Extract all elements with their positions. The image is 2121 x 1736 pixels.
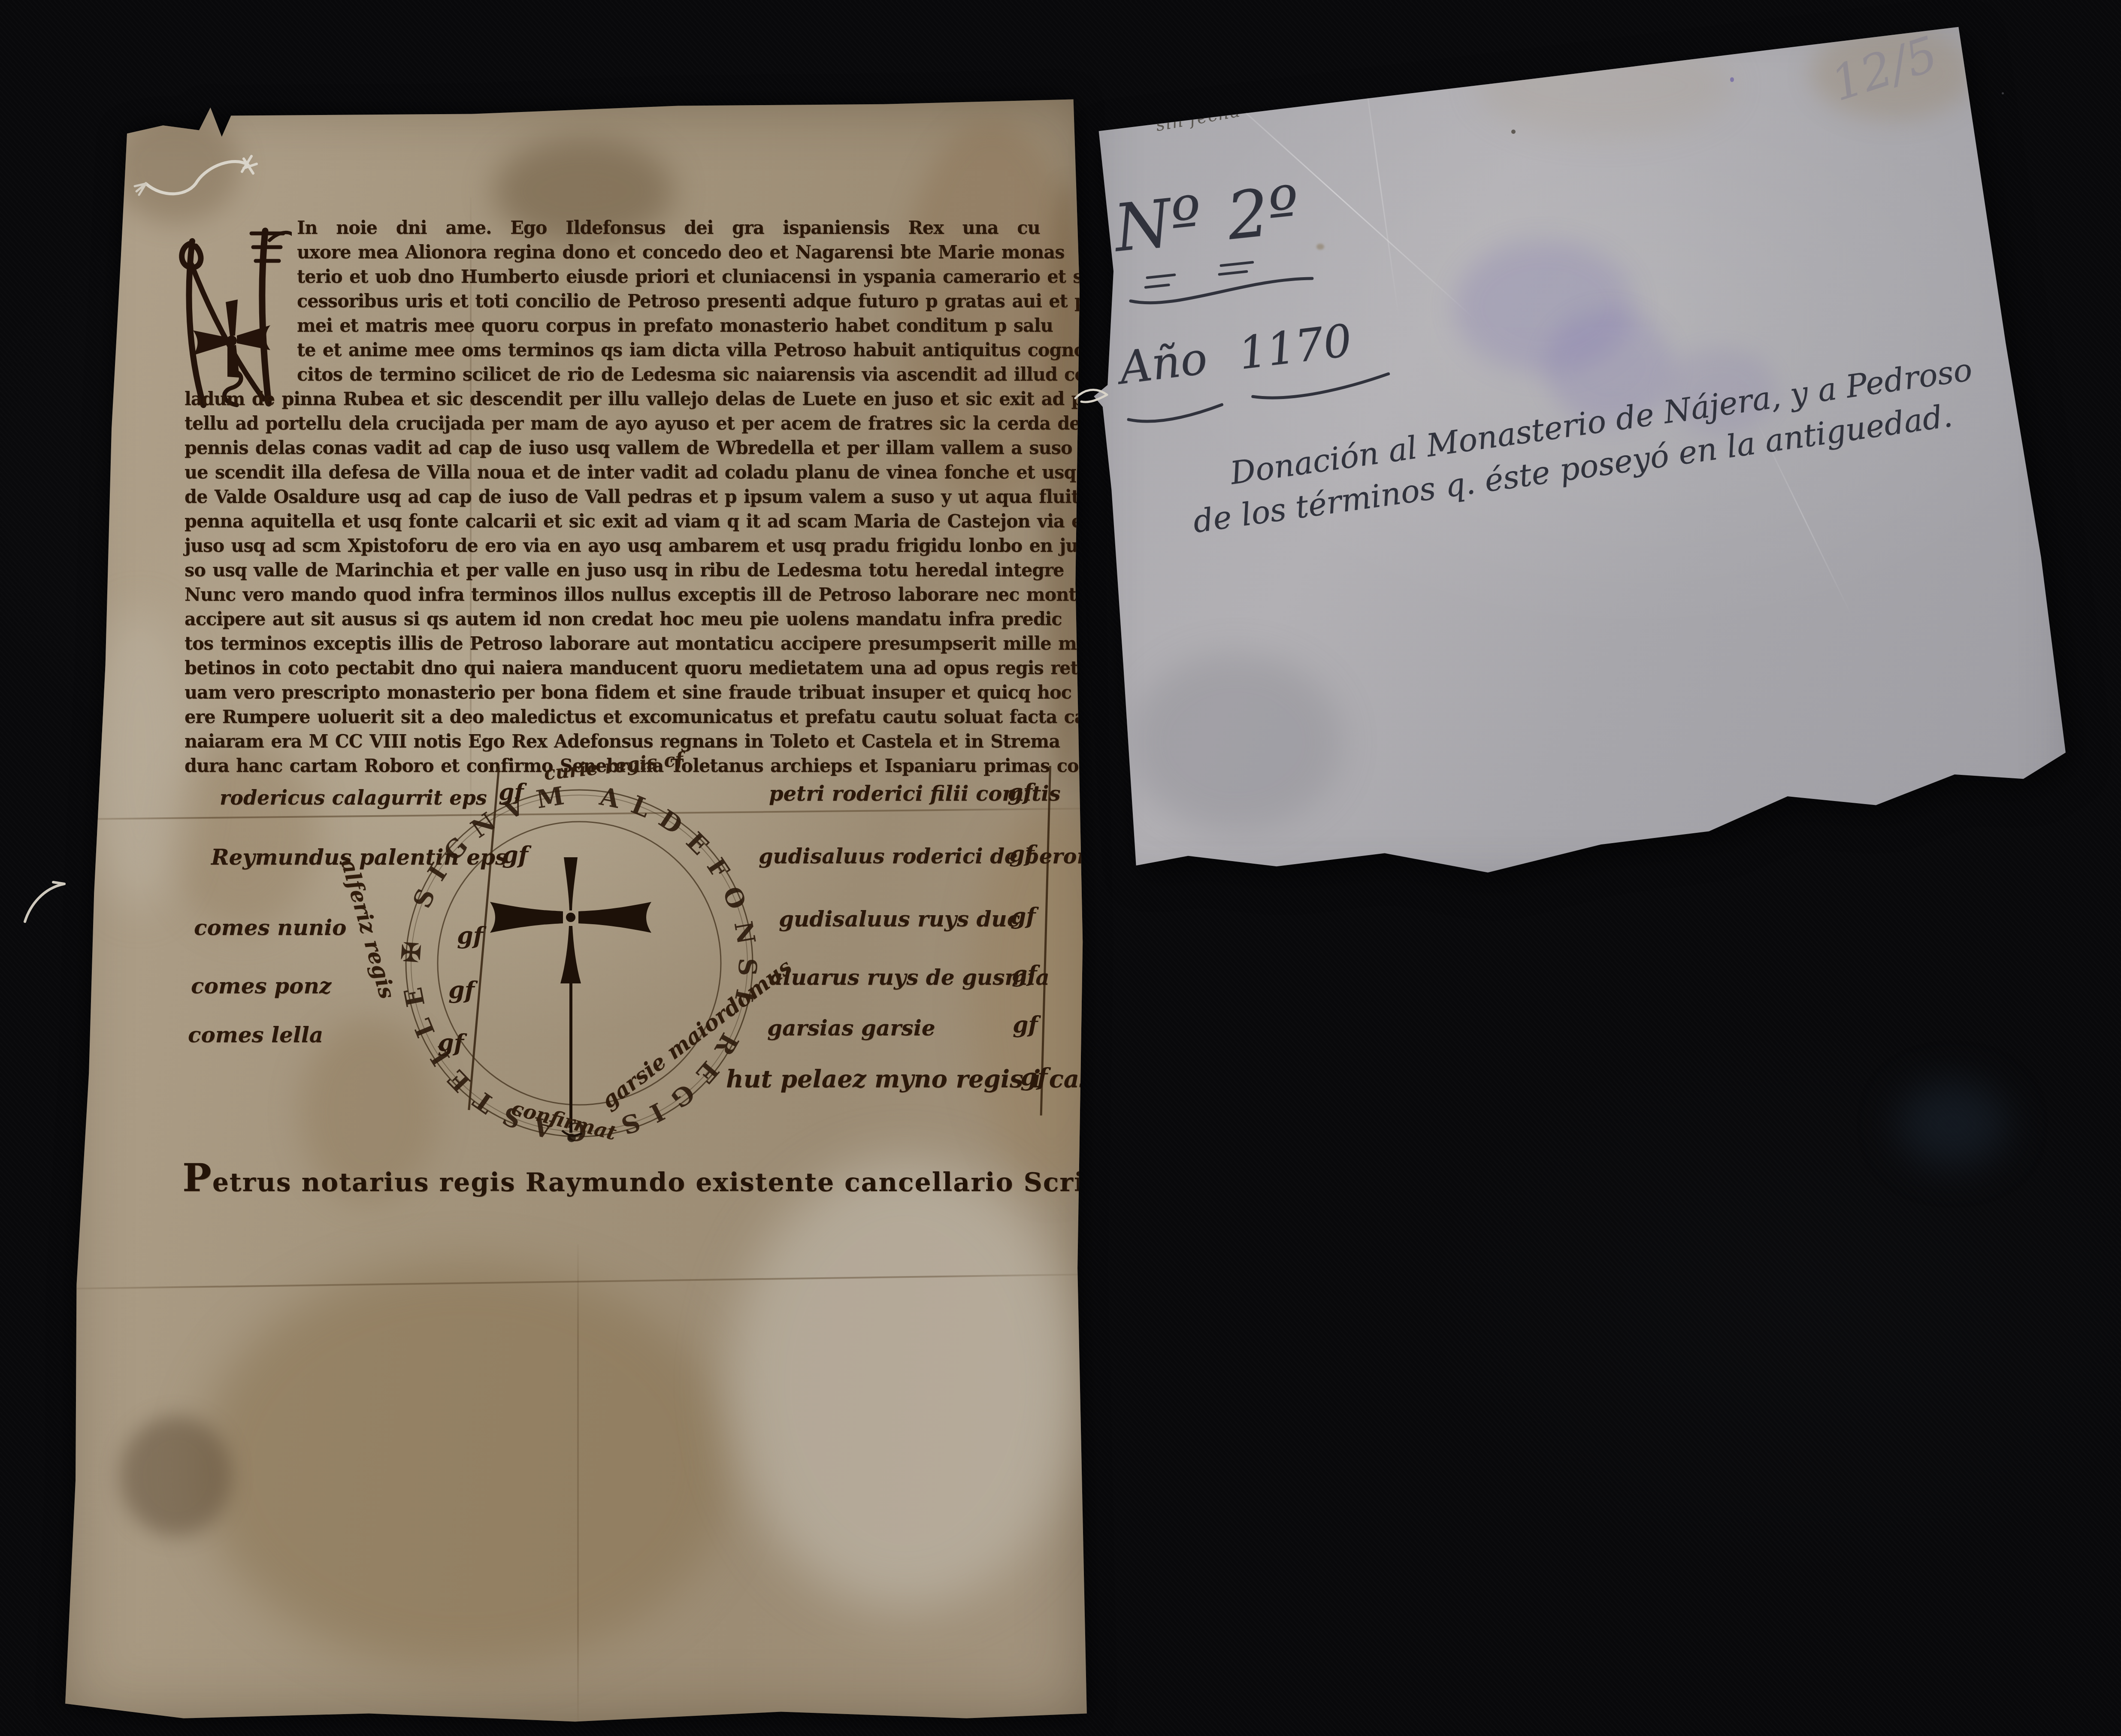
year-label: Año <box>1116 332 1210 394</box>
underline-flourish-icon <box>1122 253 1327 321</box>
charter-text-line: so usq valle de Marinchia et per valle e… <box>185 558 1038 582</box>
charter-text-line: terio et uob dno Humberto eiusde priori … <box>297 264 1040 289</box>
charter-text-line: accipere aut sit ausus si qs autem id no… <box>185 607 1038 631</box>
charter-text-line: juso usq ad scm Xpistoforu de ero via en… <box>185 533 1038 558</box>
witness-name: comes nunio <box>194 915 346 940</box>
witness-name: gudisaluus roderici de berona <box>759 844 1105 868</box>
witness-name: gudisaluus ruys duc <box>779 906 1020 932</box>
rota-royal-sign: ✠ SIGNVM ALDEFONSI REGIS CASTELLE <box>399 789 768 1158</box>
charter-text-line: ladum de pinna Rubea et sic descendit pe… <box>185 387 1038 411</box>
charter-text-line: tos terminos exceptis illis de Petroso l… <box>185 631 1038 656</box>
paper-discoloration <box>1129 652 1343 832</box>
charter-text-line: citos de termino scilicet de rio de Lede… <box>297 362 1040 387</box>
confirmation-sign: gf <box>1009 841 1035 867</box>
charter-text-line: ue scendit illa defesa de Villa noua et … <box>185 460 1038 484</box>
charter-text-line: cessoribus uris et toti concilio de Petr… <box>297 289 1040 313</box>
charter-text-line: naiaram era M CC VIII notis Ego Rex Adef… <box>185 729 1038 753</box>
thread-scrap <box>1072 378 1110 412</box>
witness-name: aluarus ruys de gusmia <box>769 965 1050 990</box>
charter-text-line: penna aquitella et usq fonte calcarii et… <box>185 509 1038 533</box>
number-line: Nº 2º <box>1110 172 1303 266</box>
witness-name: comes ponz <box>191 973 331 998</box>
charter-text-line: tellu ad portellu dela crucijada per mam… <box>185 411 1038 436</box>
loose-thread <box>13 871 73 931</box>
charter-text-line: Nunc vero mando quod infra terminos illo… <box>185 582 1038 607</box>
charter-text-line: In noie dni ame. Ego Ildefonsus dei gra … <box>297 215 1040 240</box>
notary-line: Petrus notarius regis Raymundo existente… <box>182 1155 1152 1201</box>
charter-text-line: de Valde Osaldure usq ad cap de iuso de … <box>185 484 1038 509</box>
confirmation-sign: gf <box>1011 903 1036 929</box>
year-line: Año 1170 <box>1116 314 1355 394</box>
year-value: 1170 <box>1236 314 1355 380</box>
number-label: Nº <box>1110 182 1206 266</box>
number-value: 2º <box>1223 172 1303 255</box>
charter-text-line: betinos in coto pectabit dno qui naiera … <box>185 656 1038 680</box>
parchment-charter: In noie dni ame. Ego Ildefonsus dei gra … <box>60 94 1090 1725</box>
svg-text:✠ SIGNVM ALDEFONSI REGIS CASTE: ✠ SIGNVM ALDEFONSI REGIS CASTELLE <box>396 780 762 1146</box>
ink-dot <box>1511 130 1516 134</box>
archival-note-paper: sin fecha 12/5 Nº 2º Año 1170 Donación a… <box>1090 9 2073 884</box>
witness-name: garsias garsie <box>767 1015 935 1040</box>
confirmation-sign: gf <box>1013 1012 1038 1038</box>
confirmation-sign: gf <box>1008 779 1033 805</box>
stitching-thread <box>133 129 275 215</box>
light-patch <box>729 1158 1081 1609</box>
charter-text-line: mei et matris mee quoru corpus in prefat… <box>297 313 1040 338</box>
witness-name: comes lella <box>188 1022 323 1047</box>
charter-text-block: In noie dni ame. Ego Ildefonsus dei gra … <box>185 215 1051 778</box>
charter-text-line: ere Rumpere uoluerit sit a deo maledictu… <box>185 705 1038 729</box>
stain <box>120 1416 232 1536</box>
confirmation-sign: gf <box>1020 1063 1047 1092</box>
ink-dot <box>1316 244 1324 250</box>
charter-text-line: te et anime mee oms terminos qs iam dict… <box>297 338 1040 362</box>
stamp-dot <box>1730 77 1734 82</box>
charter-text-line: uam vero prescripto monasterio per bona … <box>185 680 1038 705</box>
stain <box>197 1261 734 1669</box>
rota-ring-text: ✠ SIGNVM ALDEFONSI REGIS CASTELLE <box>396 780 762 1146</box>
faint-smudge <box>1897 1081 2008 1167</box>
dust-speck <box>2002 92 2004 94</box>
confirmation-sign: gf <box>1012 961 1037 987</box>
fold-crease <box>577 1244 579 1725</box>
charter-text-line: pennis delas conas vadit ad cap de iuso … <box>185 436 1038 460</box>
charter-text-line: uxore mea Alionora regina dono et conced… <box>297 240 1040 264</box>
